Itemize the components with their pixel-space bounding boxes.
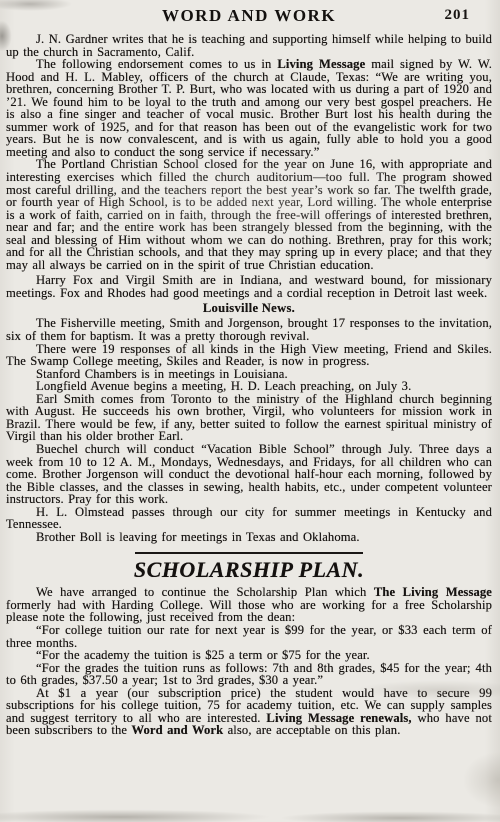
paragraph: The Portland Christian School closed for… <box>6 158 492 271</box>
body-text: Harry Fox and Virgil Smith are in Indian… <box>6 273 492 300</box>
body-text: Buechel church will conduct “Vacation Bi… <box>6 442 492 506</box>
subheading-louisville-news: Louisville News. <box>6 301 492 316</box>
body-text: mail signed by W. W. Hood and H. L. Mabl… <box>6 57 492 159</box>
masthead: WORD AND WORK 201 <box>6 6 492 26</box>
body-text: also, are acceptable on this plan. <box>223 723 400 737</box>
body-text: formerly had with Harding College. Will … <box>6 598 492 625</box>
paragraph: There were 19 responses of all kinds in … <box>6 343 492 368</box>
article-body: J. N. Gardner writes that he is teaching… <box>6 33 492 737</box>
paragraph: H. L. Olmstead passes through our city f… <box>6 506 492 531</box>
body-text: Brother Boll is leaving for meetings in … <box>36 530 360 544</box>
body-text: The Portland Christian School closed for… <box>6 157 492 271</box>
body-text: J. N. Gardner writes that he is teaching… <box>6 32 492 59</box>
paragraph: “For college tuition our rate for next y… <box>6 624 492 649</box>
paragraph: We have arranged to continue the Scholar… <box>6 586 492 624</box>
paragraph: J. N. Gardner writes that he is teaching… <box>6 33 492 58</box>
body-text: Earl Smith comes from Toronto to the min… <box>6 392 492 444</box>
paragraph: “For the grades the tuition runs as foll… <box>6 662 492 687</box>
paragraph: At $1 a year (our subscription price) th… <box>6 687 492 737</box>
body-text: H. L. Olmstead passes through our city f… <box>6 505 492 532</box>
bold-text: Word and Work <box>132 723 224 737</box>
page-number: 201 <box>445 7 471 24</box>
paragraph: Buechel church will conduct “Vacation Bi… <box>6 443 492 506</box>
body-text: The Fisherville meeting, Smith and Jorge… <box>6 316 492 343</box>
section-divider-rule <box>135 552 363 554</box>
section-title-scholarship-plan: SCHOLARSHIP PLAN. <box>6 557 492 583</box>
body-text: “For college tuition our rate for next y… <box>6 623 492 650</box>
publication-title: WORD AND WORK <box>6 6 492 26</box>
body-text: “For the grades the tuition runs as foll… <box>6 661 492 688</box>
paragraph: The following endorsement comes to us in… <box>6 58 492 158</box>
scanned-page: WORD AND WORK 201 J. N. Gardner writes t… <box>0 0 500 822</box>
paragraph: The Fisherville meeting, Smith and Jorge… <box>6 317 492 342</box>
paragraph: Brother Boll is leaving for meetings in … <box>6 531 492 544</box>
paragraph: Harry Fox and Virgil Smith are in Indian… <box>6 274 492 299</box>
paragraph: Earl Smith comes from Toronto to the min… <box>6 393 492 443</box>
body-text: There were 19 responses of all kinds in … <box>6 342 492 369</box>
